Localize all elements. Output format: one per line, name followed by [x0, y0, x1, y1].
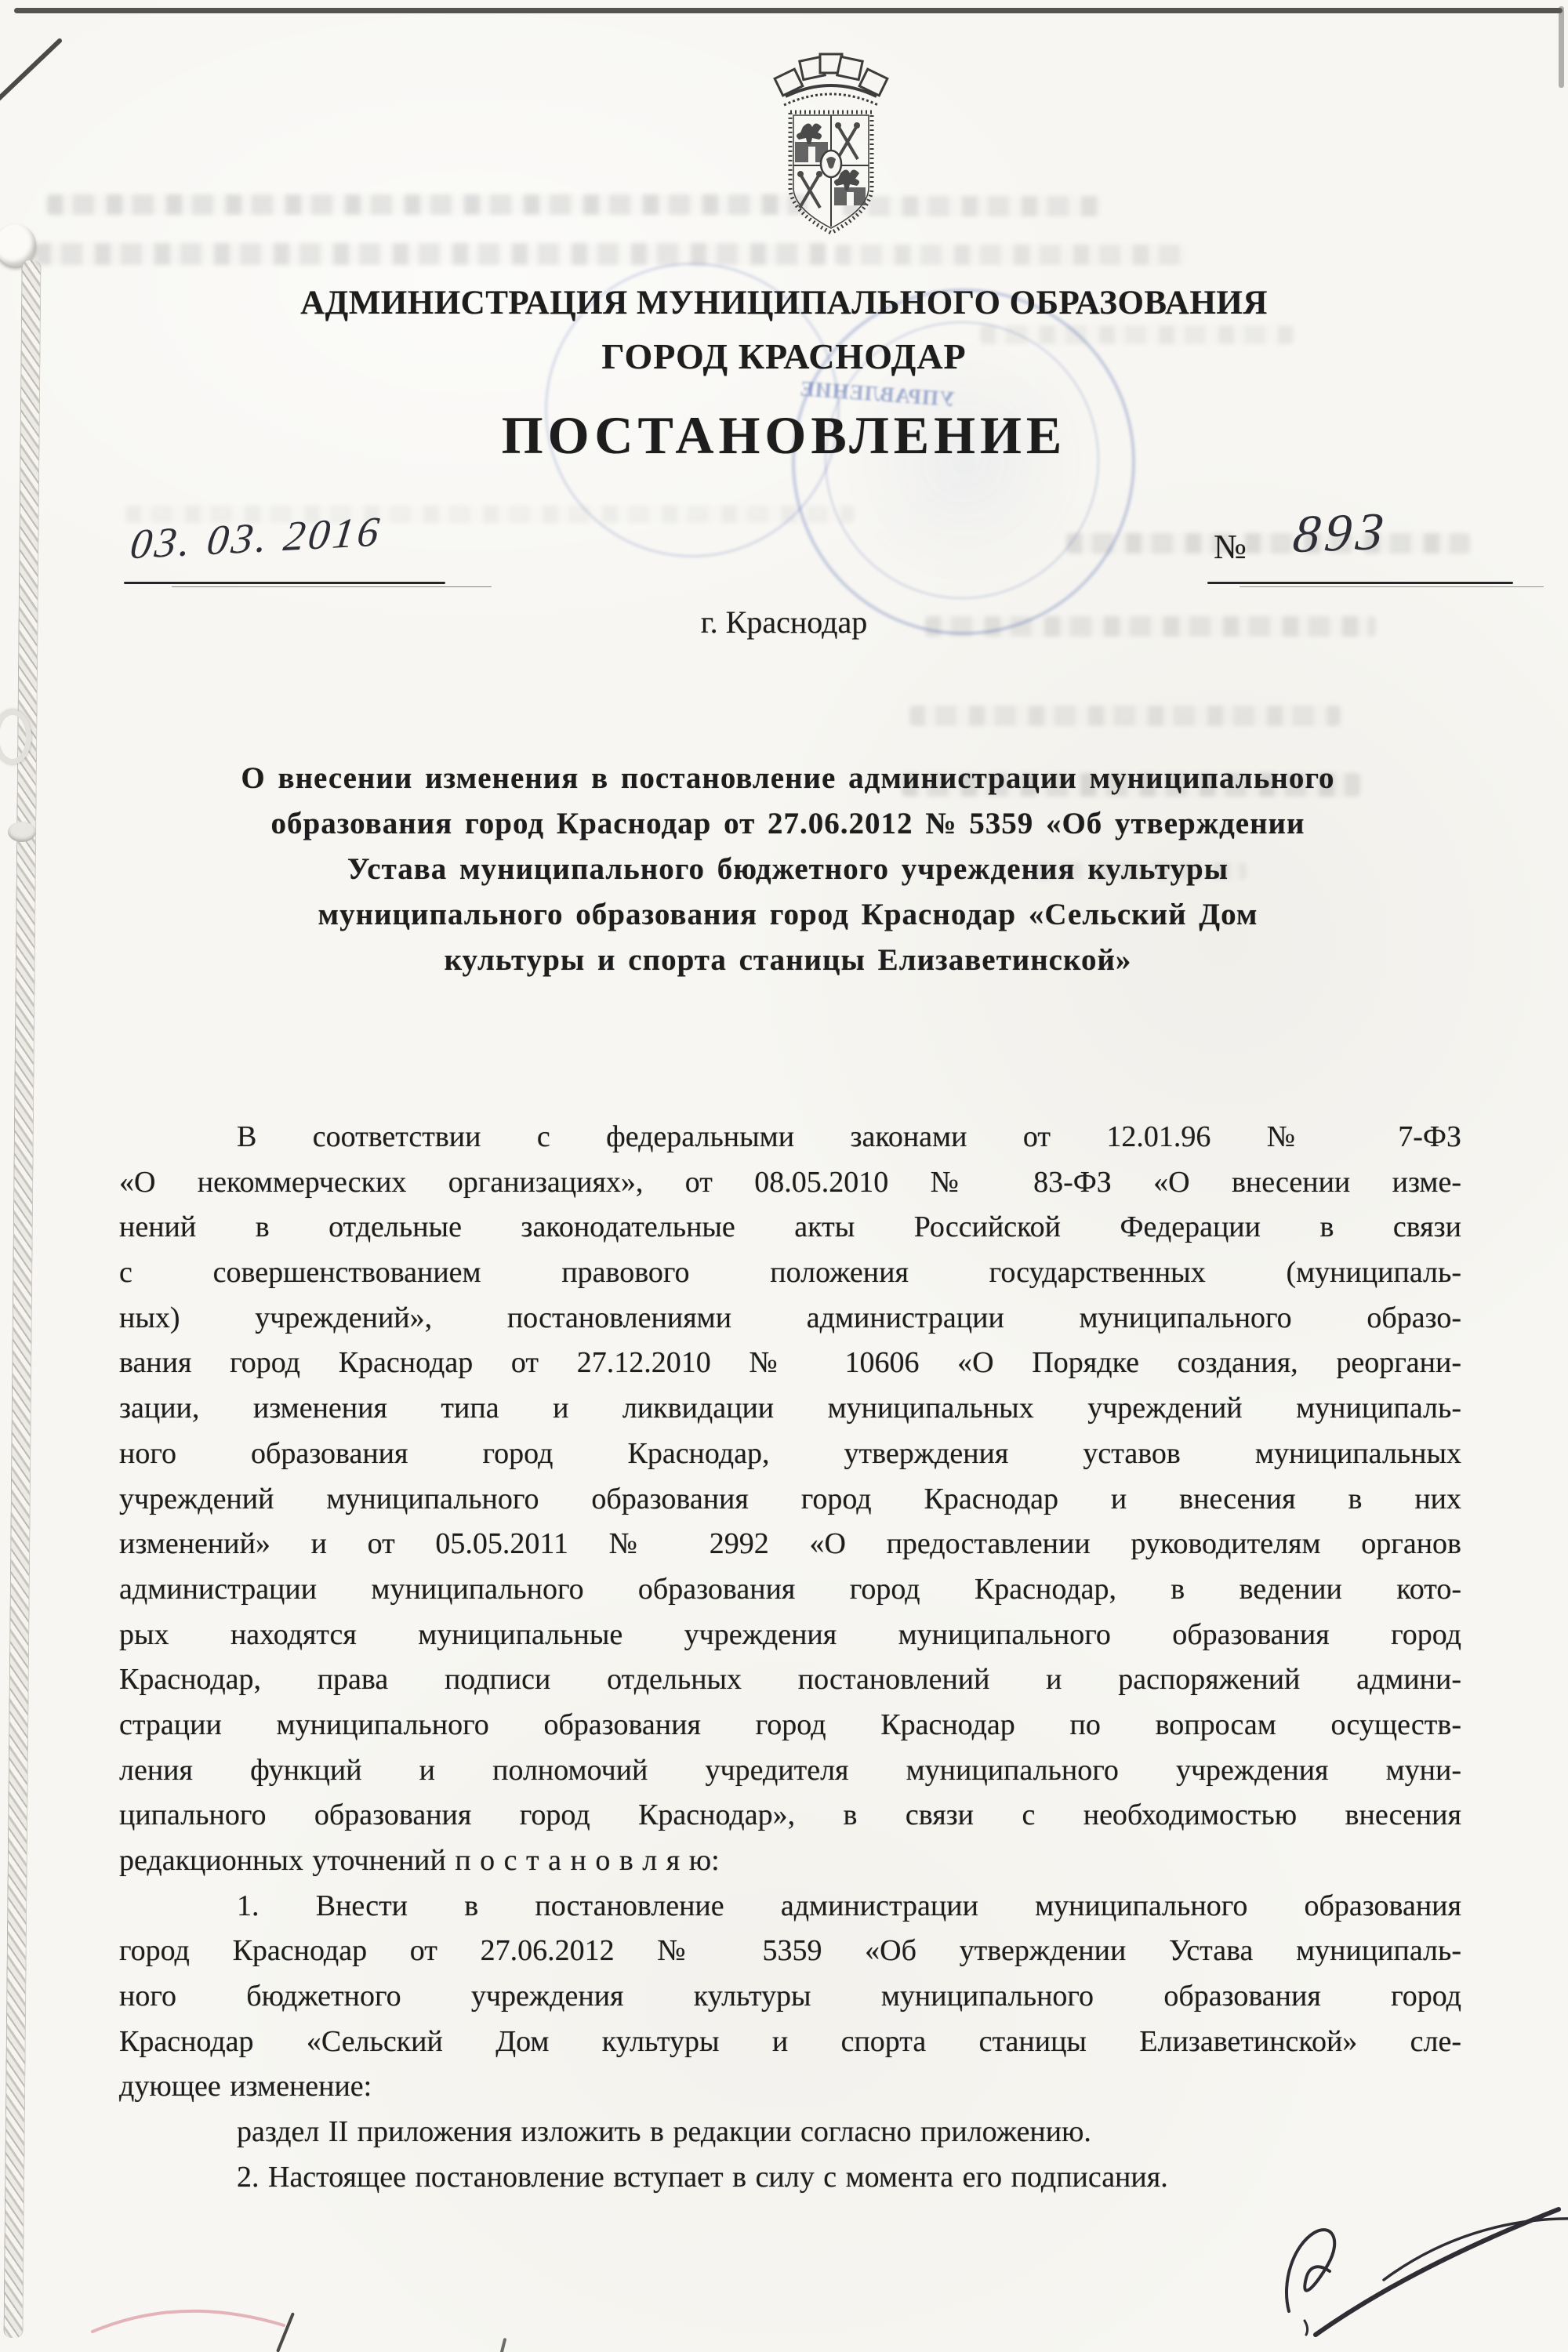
handwritten-date: 03. 03. 2016: [128, 507, 385, 569]
bleed-through-artifact: [909, 706, 1341, 726]
body-line: «О некоммерческих организациях», от 08.0…: [119, 1160, 1461, 1206]
scan-right-edge-mark: [1559, 6, 1564, 88]
body-line: ных) учреждений», постановлениями админи…: [119, 1296, 1461, 1341]
body-line: учреждений муниципального образования го…: [119, 1477, 1461, 1523]
body-line: город Краснодар от 27.06.2012 № 5359 «Об…: [119, 1929, 1461, 1974]
body-line: нений в отдельные законодательные акты Р…: [119, 1205, 1461, 1250]
body-line: ципального образования город Краснодар»,…: [119, 1793, 1461, 1838]
body-line: дующее изменение:: [119, 2064, 1461, 2110]
body-line: вания город Краснодар от 27.12.2010 № 10…: [119, 1341, 1461, 1386]
body-line: изменений» и от 05.05.2011 № 2992 «О пре…: [119, 1522, 1461, 1567]
corner-pen-mark: [0, 0, 94, 125]
organization-name-line1: АДМИНИСТРАЦИЯ МУНИЦИПАЛЬНОГО ОБРАЗОВАНИЯ: [0, 284, 1568, 322]
body-line: раздел II приложения изложить в редакции…: [119, 2110, 1461, 2155]
body-line: администрации муниципального образования…: [119, 1567, 1461, 1613]
subject-line: культуры и спорта станицы Елизаветинской…: [125, 938, 1450, 983]
document-type-title: ПОСТАНОВЛЕНИЕ: [0, 405, 1568, 466]
bleed-through-artifact: [1066, 533, 1470, 554]
body-line: 1. Внести в постановление администрации …: [119, 1884, 1461, 1929]
body-line: страции муниципального образования город…: [119, 1703, 1461, 1748]
number-label: №: [1214, 527, 1247, 567]
scanned-document-page: УПРАВЛЕНИЕ: [0, 0, 1568, 2352]
scan-top-edge-line: [14, 8, 1563, 13]
handwritten-number: 893: [1290, 500, 1392, 565]
subject-line: О внесении изменения в постановление адм…: [125, 756, 1450, 801]
body-line: Краснодар, права подписи отдельных поста…: [119, 1657, 1461, 1703]
body-line: В соответствии с федеральными законами о…: [119, 1115, 1461, 1160]
body-line: рых находятся муниципальные учреждения м…: [119, 1613, 1461, 1658]
subject-line: образования город Краснодар от 27.06.201…: [125, 801, 1450, 847]
pink-pen-mark: [86, 2270, 290, 2341]
binding-thread: [3, 260, 41, 2338]
signature-icon: [1223, 2194, 1568, 2352]
place-line: г. Краснодар: [0, 604, 1568, 641]
body-line: с совершенствованием правового положения…: [119, 1250, 1461, 1296]
subject-line: муниципального образования город Краснод…: [125, 892, 1450, 938]
subject-line: Устава муниципального бюджетного учрежде…: [125, 847, 1450, 892]
body-line: ления функций и полномочий учредителя му…: [119, 1748, 1461, 1794]
body-line: ного образования город Краснодар, утверж…: [119, 1432, 1461, 1477]
body-line: редакционных уточнений п о с т а н о в л…: [119, 1838, 1461, 1884]
coat-of-arms-icon: [768, 45, 894, 251]
subject-block: О внесении изменения в постановление адм…: [125, 756, 1450, 983]
body-line: Краснодар «Сельский Дом культуры и спорт…: [119, 2020, 1461, 2065]
bleed-through-artifact: [35, 243, 827, 265]
body-text-block: В соответствии с федеральными законами о…: [119, 1115, 1461, 2201]
date-underline: [124, 582, 445, 584]
number-underline: [1207, 582, 1513, 584]
bottom-edge-mark: [500, 2338, 507, 2352]
binding-thread-knot: [8, 822, 36, 842]
body-line: зации, изменения типа и ликвидации муниц…: [119, 1386, 1461, 1432]
bleed-through-artifact: [47, 194, 808, 215]
body-line: ного бюджетного учреждения культуры муни…: [119, 1974, 1461, 2020]
organization-name-line2: ГОРОД КРАСНОДАР: [0, 336, 1568, 377]
